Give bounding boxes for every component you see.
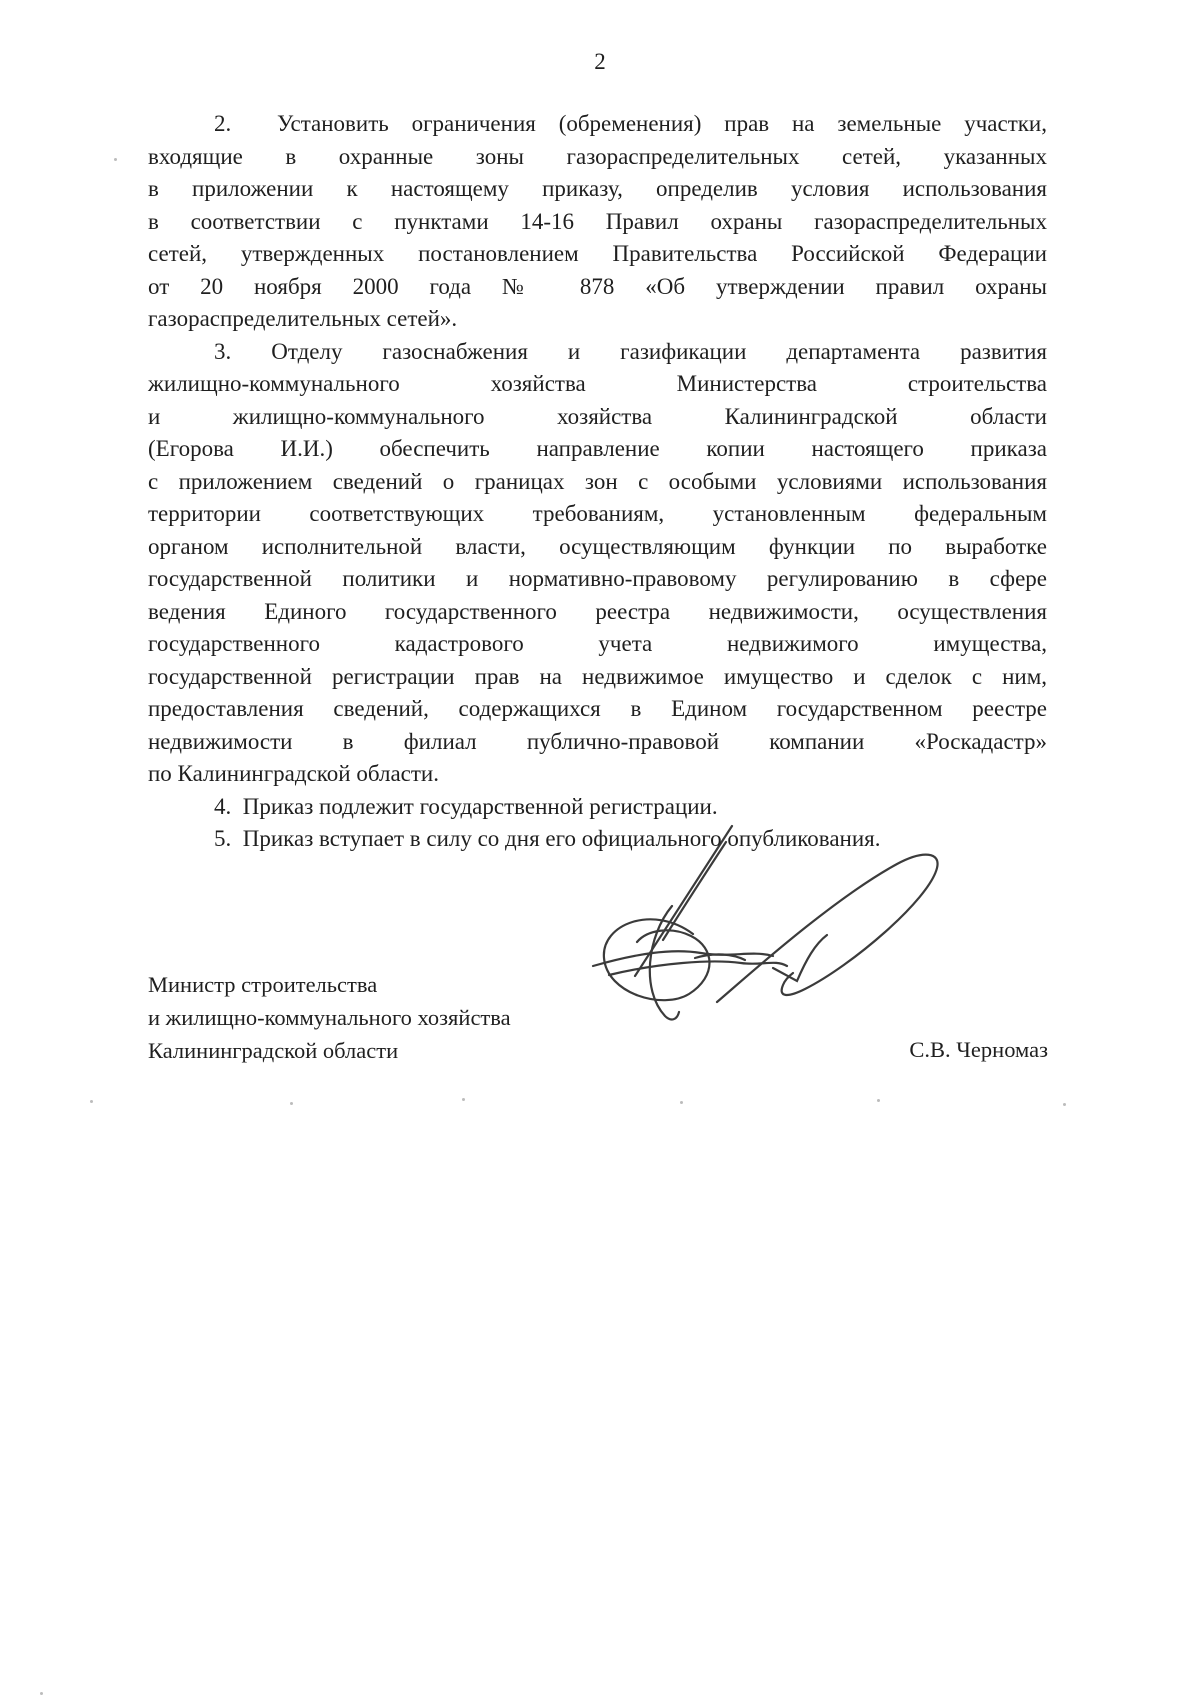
text-line: 3. Отделу газоснабжения и газификации де… <box>148 336 1047 369</box>
text-line: от 20 ноября 2000 года № 878 «Об утвержд… <box>148 271 1047 304</box>
text-line: 2. Установить ограничения (обременения) … <box>148 108 1047 141</box>
paragraph: 4. Приказ подлежит государственной регис… <box>148 791 1047 824</box>
document-body: 2. Установить ограничения (обременения) … <box>148 108 1047 856</box>
signer-title-line: Министр строительства <box>148 968 511 1001</box>
text-line: в соответствии с пунктами 14-16 Правил о… <box>148 206 1047 239</box>
scan-speck <box>462 1098 465 1101</box>
text-line: газораспределительных сетей». <box>148 303 1047 336</box>
text-line: жилищно-коммунального хозяйства Министер… <box>148 368 1047 401</box>
signer-title-line: Калининградской области <box>148 1034 511 1067</box>
text-line: в приложении к настоящему приказу, опред… <box>148 173 1047 206</box>
paragraph: 2. Установить ограничения (обременения) … <box>148 108 1047 336</box>
text-line: сетей, утвержденных постановлением Прави… <box>148 238 1047 271</box>
document-page: 2 2. Установить ограничения (обременения… <box>0 0 1200 1697</box>
signer-name: С.В. Черномаз <box>909 1033 1048 1067</box>
text-line: предоставления сведений, содержащихся в … <box>148 693 1047 726</box>
scan-speck <box>290 1102 293 1105</box>
text-line: 4. Приказ подлежит государственной регис… <box>148 791 1047 824</box>
signer-title-line: и жилищно-коммунального хозяйства <box>148 1001 511 1034</box>
scan-speck <box>1063 1103 1066 1106</box>
text-line: входящие в охранные зоны газораспределит… <box>148 141 1047 174</box>
scan-speck <box>680 1101 683 1104</box>
scan-speck <box>877 1099 880 1102</box>
text-line: с приложением сведений о границах зон с … <box>148 466 1047 499</box>
text-line: государственной политики и нормативно-пр… <box>148 563 1047 596</box>
text-line: ведения Единого государственного реестра… <box>148 596 1047 629</box>
signature-block: Министр строительстваи жилищно-коммуналь… <box>148 968 1048 1067</box>
scan-speck <box>90 1100 93 1103</box>
text-line: по Калининградской области. <box>148 758 1047 791</box>
signer-title: Министр строительстваи жилищно-коммуналь… <box>148 968 511 1067</box>
text-line: и жилищно-коммунального хозяйства Калини… <box>148 401 1047 434</box>
text-line: органом исполнительной власти, осуществл… <box>148 531 1047 564</box>
text-line: недвижимости в филиал публично-правовой … <box>148 726 1047 759</box>
text-line: 5. Приказ вступает в силу со дня его офи… <box>148 823 1047 856</box>
paragraph: 5. Приказ вступает в силу со дня его офи… <box>148 823 1047 856</box>
scan-speck <box>114 158 117 161</box>
text-line: (Егорова И.И.) обеспечить направление ко… <box>148 433 1047 466</box>
text-line: государственного кадастрового учета недв… <box>148 628 1047 661</box>
text-line: государственной регистрации прав на недв… <box>148 661 1047 694</box>
page-number: 2 <box>0 48 1200 76</box>
text-line: территории соответствующих требованиям, … <box>148 498 1047 531</box>
paragraph: 3. Отделу газоснабжения и газификации де… <box>148 336 1047 791</box>
scan-speck <box>40 1692 43 1695</box>
